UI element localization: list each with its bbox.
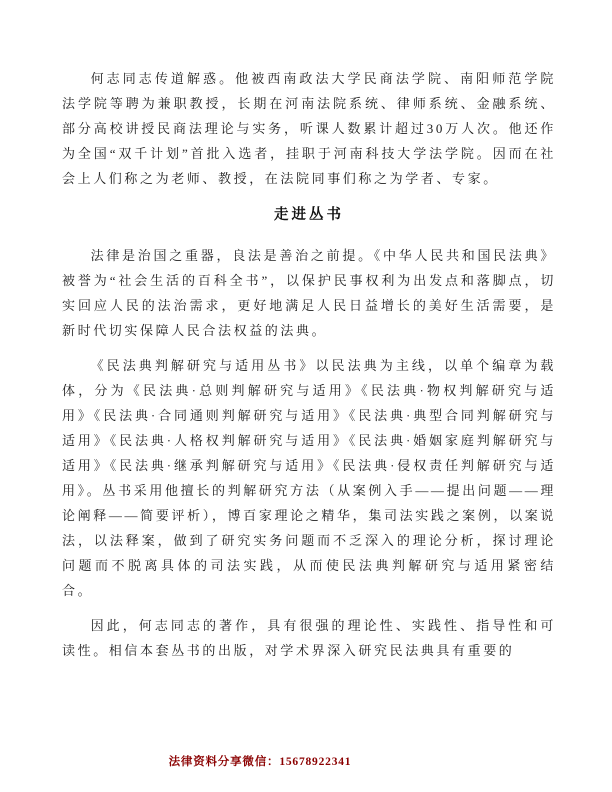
paragraph-civil-code: 法律是治国之重器，良法是善治之前提。《中华人民共和国民法典》被誉为“社会生活的百…	[62, 243, 556, 343]
paragraph-author-intro: 何志同志传道解惑。他被西南政法大学民商法学院、南阳师范学院法学院等聘为兼职教授，…	[62, 66, 556, 191]
section-heading: 走进丛书	[62, 203, 556, 228]
paragraph-series-overview: 《民法典判解研究与适用丛书》以民法典为主线，以单个编章为载体，分为《民法典·总则…	[62, 353, 556, 603]
footer-watermark-label: 法律资料分享微信：	[169, 756, 280, 768]
page-content: 何志同志传道解惑。他被西南政法大学民商法学院、南阳师范学院法学院等聘为兼职教授，…	[0, 0, 612, 663]
footer-watermark-number: 15678922341	[279, 756, 351, 768]
document-page: 何志同志传道解惑。他被西南政法大学民商法学院、南阳师范学院法学院等聘为兼职教授，…	[0, 0, 612, 792]
paragraph-conclusion: 因此，何志同志的著作，具有很强的理论性、实践性、指导性和可读性。相信本套丛书的出…	[62, 613, 556, 663]
footer-watermark: 法律资料分享微信：15678922341	[0, 754, 520, 770]
